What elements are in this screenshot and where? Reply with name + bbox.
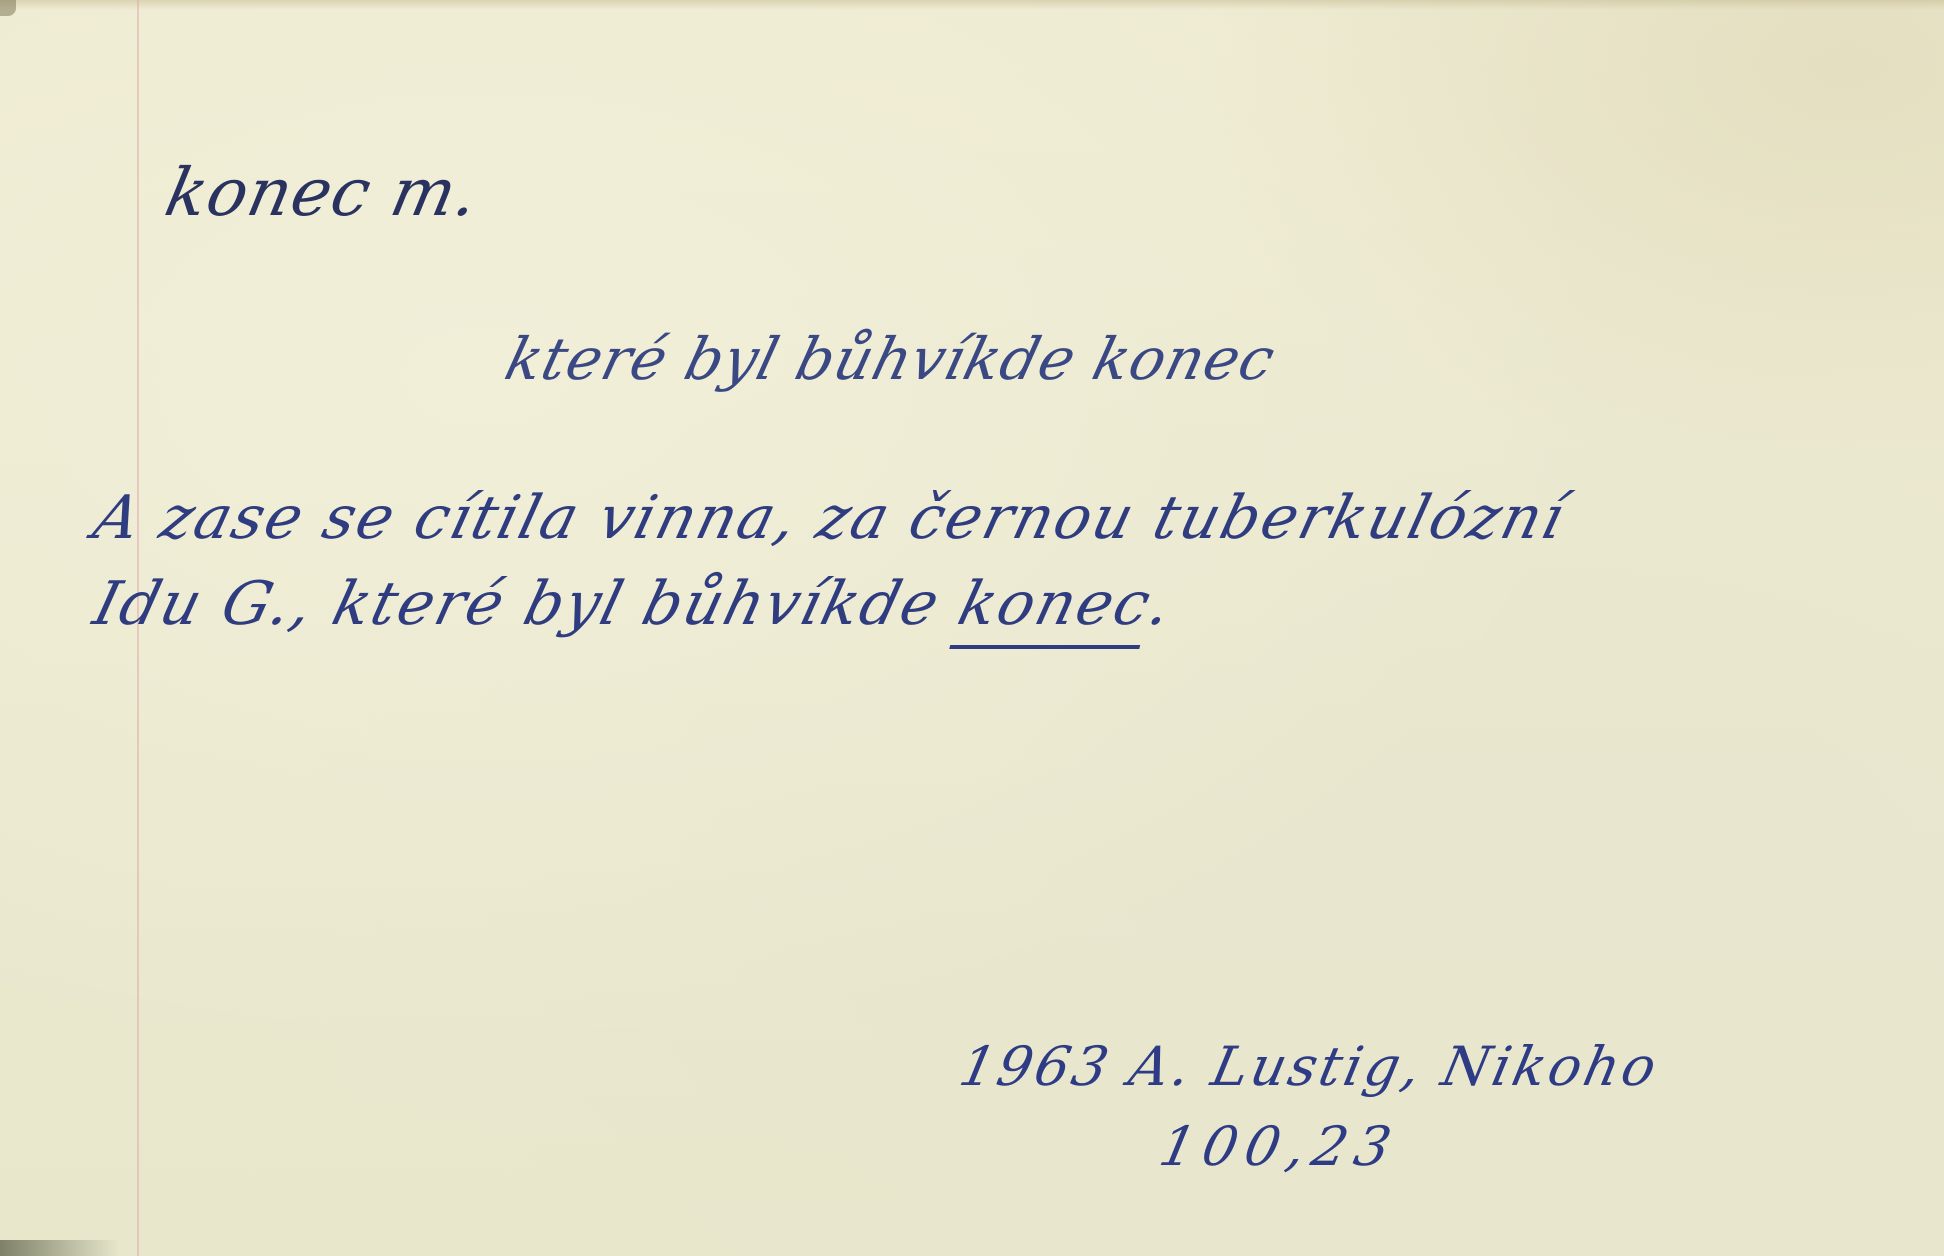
paper-bottom-shadow — [0, 1240, 120, 1256]
underlined-keyword: konec — [949, 569, 1159, 649]
paper-top-edge — [0, 0, 1944, 10]
example-line-2: Idu G., které byl bůhvíkde konec. — [88, 574, 1179, 634]
citation-page: 100,23 — [1155, 1120, 1403, 1174]
headword: konec m. — [160, 160, 485, 226]
excerpt-card: konec m. které byl bůhvíkde konec A zase… — [0, 0, 1944, 1256]
example-line-1: A zase se cítila vinna, za černou tuberk… — [88, 488, 1572, 548]
citation-source: 1963 A. Lustig, Nikoho — [955, 1040, 1664, 1094]
phrase: které byl bůhvíkde konec — [500, 330, 1281, 388]
example-line-2-text: Idu G., které byl bůhvíkde — [87, 569, 969, 639]
paper-corner-stain — [0, 0, 16, 16]
